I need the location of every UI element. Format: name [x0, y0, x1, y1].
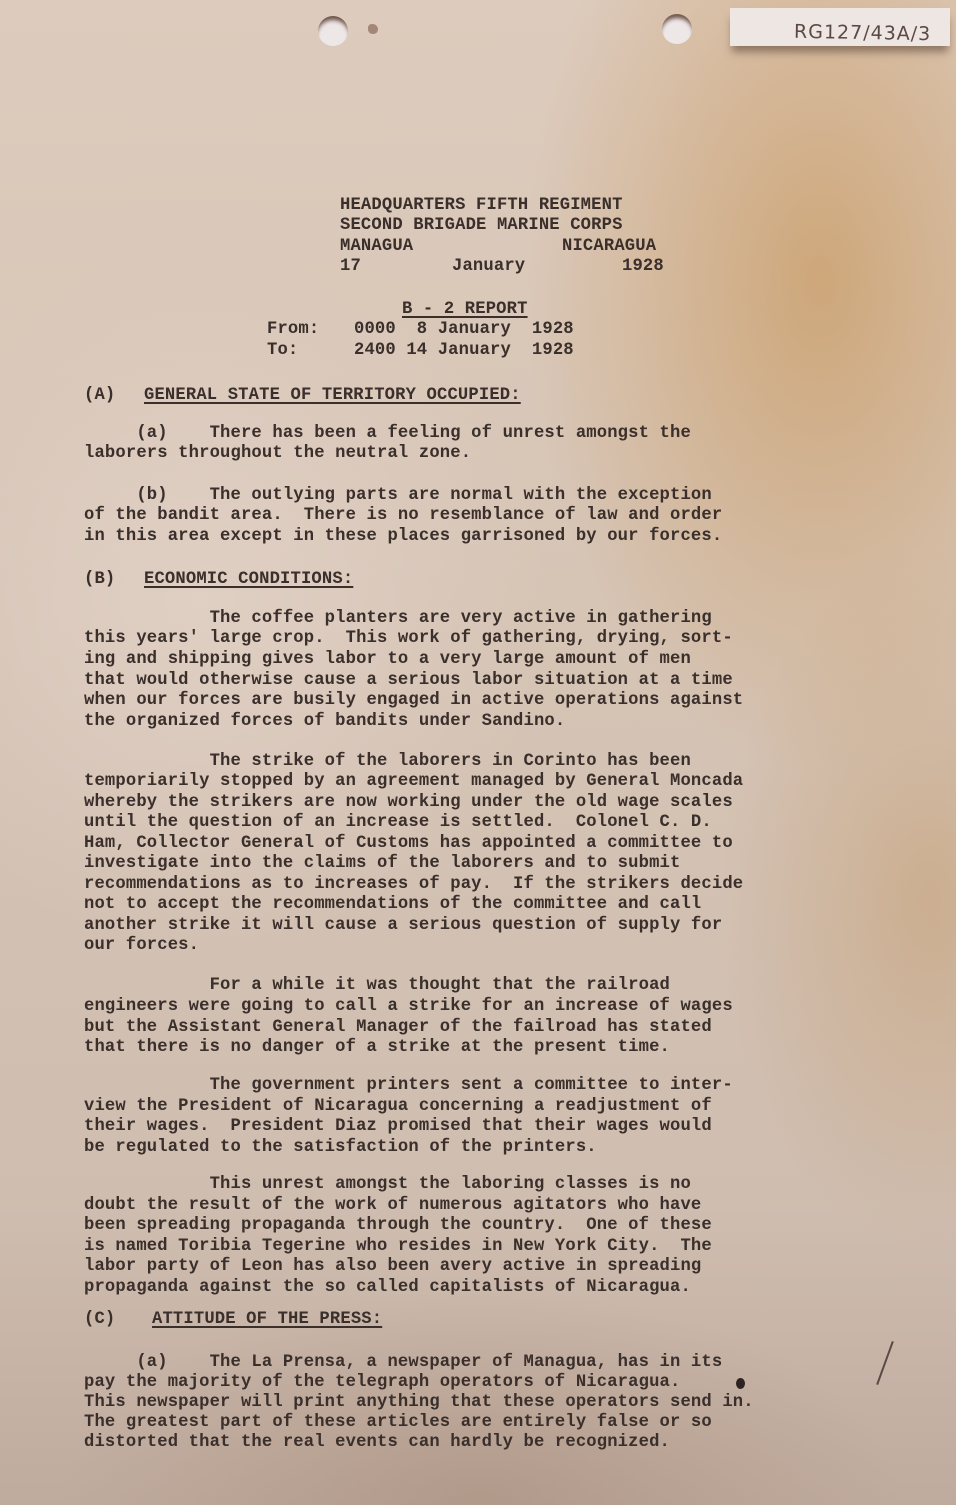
- letterhead-city: MANAGUA: [340, 237, 413, 257]
- section-a-heading: GENERAL STATE OF TERRITORY OCCUPIED:: [144, 386, 521, 406]
- section-a-marker: (A): [84, 386, 115, 406]
- section-b-line: propaganda against the so called capital…: [84, 1278, 691, 1298]
- section-b-line: not to accept the recommendations of the…: [84, 895, 701, 915]
- section-c-line: distorted that the real events can hardl…: [84, 1433, 670, 1453]
- section-b-line: For a while it was thought that the rail…: [84, 976, 670, 996]
- section-c-line: pay the majority of the telegraph operat…: [84, 1373, 680, 1393]
- section-b-heading: ECONOMIC CONDITIONS:: [144, 570, 353, 590]
- section-b-line: our forces.: [84, 936, 199, 956]
- letterhead-line-2: SECOND BRIGADE MARINE CORPS: [340, 216, 623, 236]
- section-c-marker: (C): [84, 1310, 115, 1330]
- section-b-line: another strike it will cause a serious q…: [84, 916, 722, 936]
- section-b-line: whereby the strikers are now working und…: [84, 793, 733, 813]
- paper-stain: [368, 24, 378, 34]
- section-b-line: Ham, Collector General of Customs has ap…: [84, 834, 733, 854]
- punch-hole-right: [662, 14, 692, 44]
- section-c-heading: ATTITUDE OF THE PRESS:: [152, 1310, 382, 1330]
- section-b-line: engineers were going to call a strike fo…: [84, 997, 733, 1017]
- section-c-line: The greatest part of these articles are …: [84, 1413, 712, 1433]
- section-b-line: The coffee planters are very active in g…: [84, 609, 712, 629]
- section-b-line: The strike of the laborers in Corinto ha…: [84, 752, 691, 772]
- section-b-line: this years' large crop. This work of gat…: [84, 629, 733, 649]
- section-b-line: when our forces are busily engaged in ac…: [84, 691, 743, 711]
- section-b-line: the organized forces of bandits under Sa…: [84, 712, 565, 732]
- section-b-line: doubt the result of the work of numerous…: [84, 1196, 701, 1216]
- section-b-line: ing and shipping gives labor to a very l…: [84, 650, 691, 670]
- punch-hole-left: [318, 16, 348, 46]
- period-from-label: From:: [267, 320, 319, 340]
- section-b-line: been spreading propaganda through the co…: [84, 1216, 712, 1236]
- date-year: 1928: [622, 257, 664, 277]
- section-b-line: This unrest amongst the laboring classes…: [84, 1175, 691, 1195]
- section-b-marker: (B): [84, 570, 115, 590]
- section-a-line: of the bandit area. There is no resembla…: [84, 506, 722, 526]
- section-b-line: investigate into the claims of the labor…: [84, 854, 680, 874]
- section-b-line: is named Toribia Tegerine who resides in…: [84, 1237, 712, 1257]
- section-b-line: The government printers sent a committee…: [84, 1076, 733, 1096]
- section-a-line: in this area except in these places garr…: [84, 527, 722, 547]
- ink-blot: [736, 1378, 745, 1389]
- section-c-line: (a) The La Prensa, a newspaper of Managu…: [84, 1353, 722, 1373]
- section-b-line: view the President of Nicaragua concerni…: [84, 1097, 712, 1117]
- section-b-line: temporiarily stopped by an agreement man…: [84, 772, 743, 792]
- period-from-value: 0000 8 January 1928: [354, 320, 574, 340]
- section-b-line: their wages. President Diaz promised tha…: [84, 1117, 712, 1137]
- date-month: January: [452, 257, 525, 277]
- archive-tag-text: RG127/43A/3: [794, 21, 932, 45]
- section-b-line: labor party of Leon has also been avery …: [84, 1257, 701, 1277]
- pencil-mark: [876, 1341, 894, 1385]
- section-a-line: (a) There has been a feeling of unrest a…: [84, 424, 691, 444]
- letterhead-line-1: HEADQUARTERS FIFTH REGIMENT: [340, 196, 623, 216]
- section-b-line: that there is no danger of a strike at t…: [84, 1038, 670, 1058]
- archive-tag: RG127/43A/3: [730, 8, 950, 46]
- section-c-line: This newspaper will print anything that …: [84, 1393, 754, 1413]
- period-to-value: 2400 14 January 1928: [354, 341, 574, 361]
- date-day: 17: [340, 257, 361, 277]
- report-title: B - 2 REPORT: [402, 300, 528, 320]
- period-to-label: To:: [267, 341, 298, 361]
- section-b-line: be regulated to the satisfaction of the …: [84, 1138, 597, 1158]
- letterhead-country: NICARAGUA: [562, 237, 656, 257]
- section-a-line: (b) The outlying parts are normal with t…: [84, 486, 712, 506]
- section-b-line: until the question of an increase is set…: [84, 813, 712, 833]
- section-b-line: recommendations as to increases of pay. …: [84, 875, 743, 895]
- section-b-line: but the Assistant General Manager of the…: [84, 1018, 712, 1038]
- section-a-line: laborers throughout the neutral zone.: [84, 444, 471, 464]
- section-b-line: that would otherwise cause a serious lab…: [84, 671, 733, 691]
